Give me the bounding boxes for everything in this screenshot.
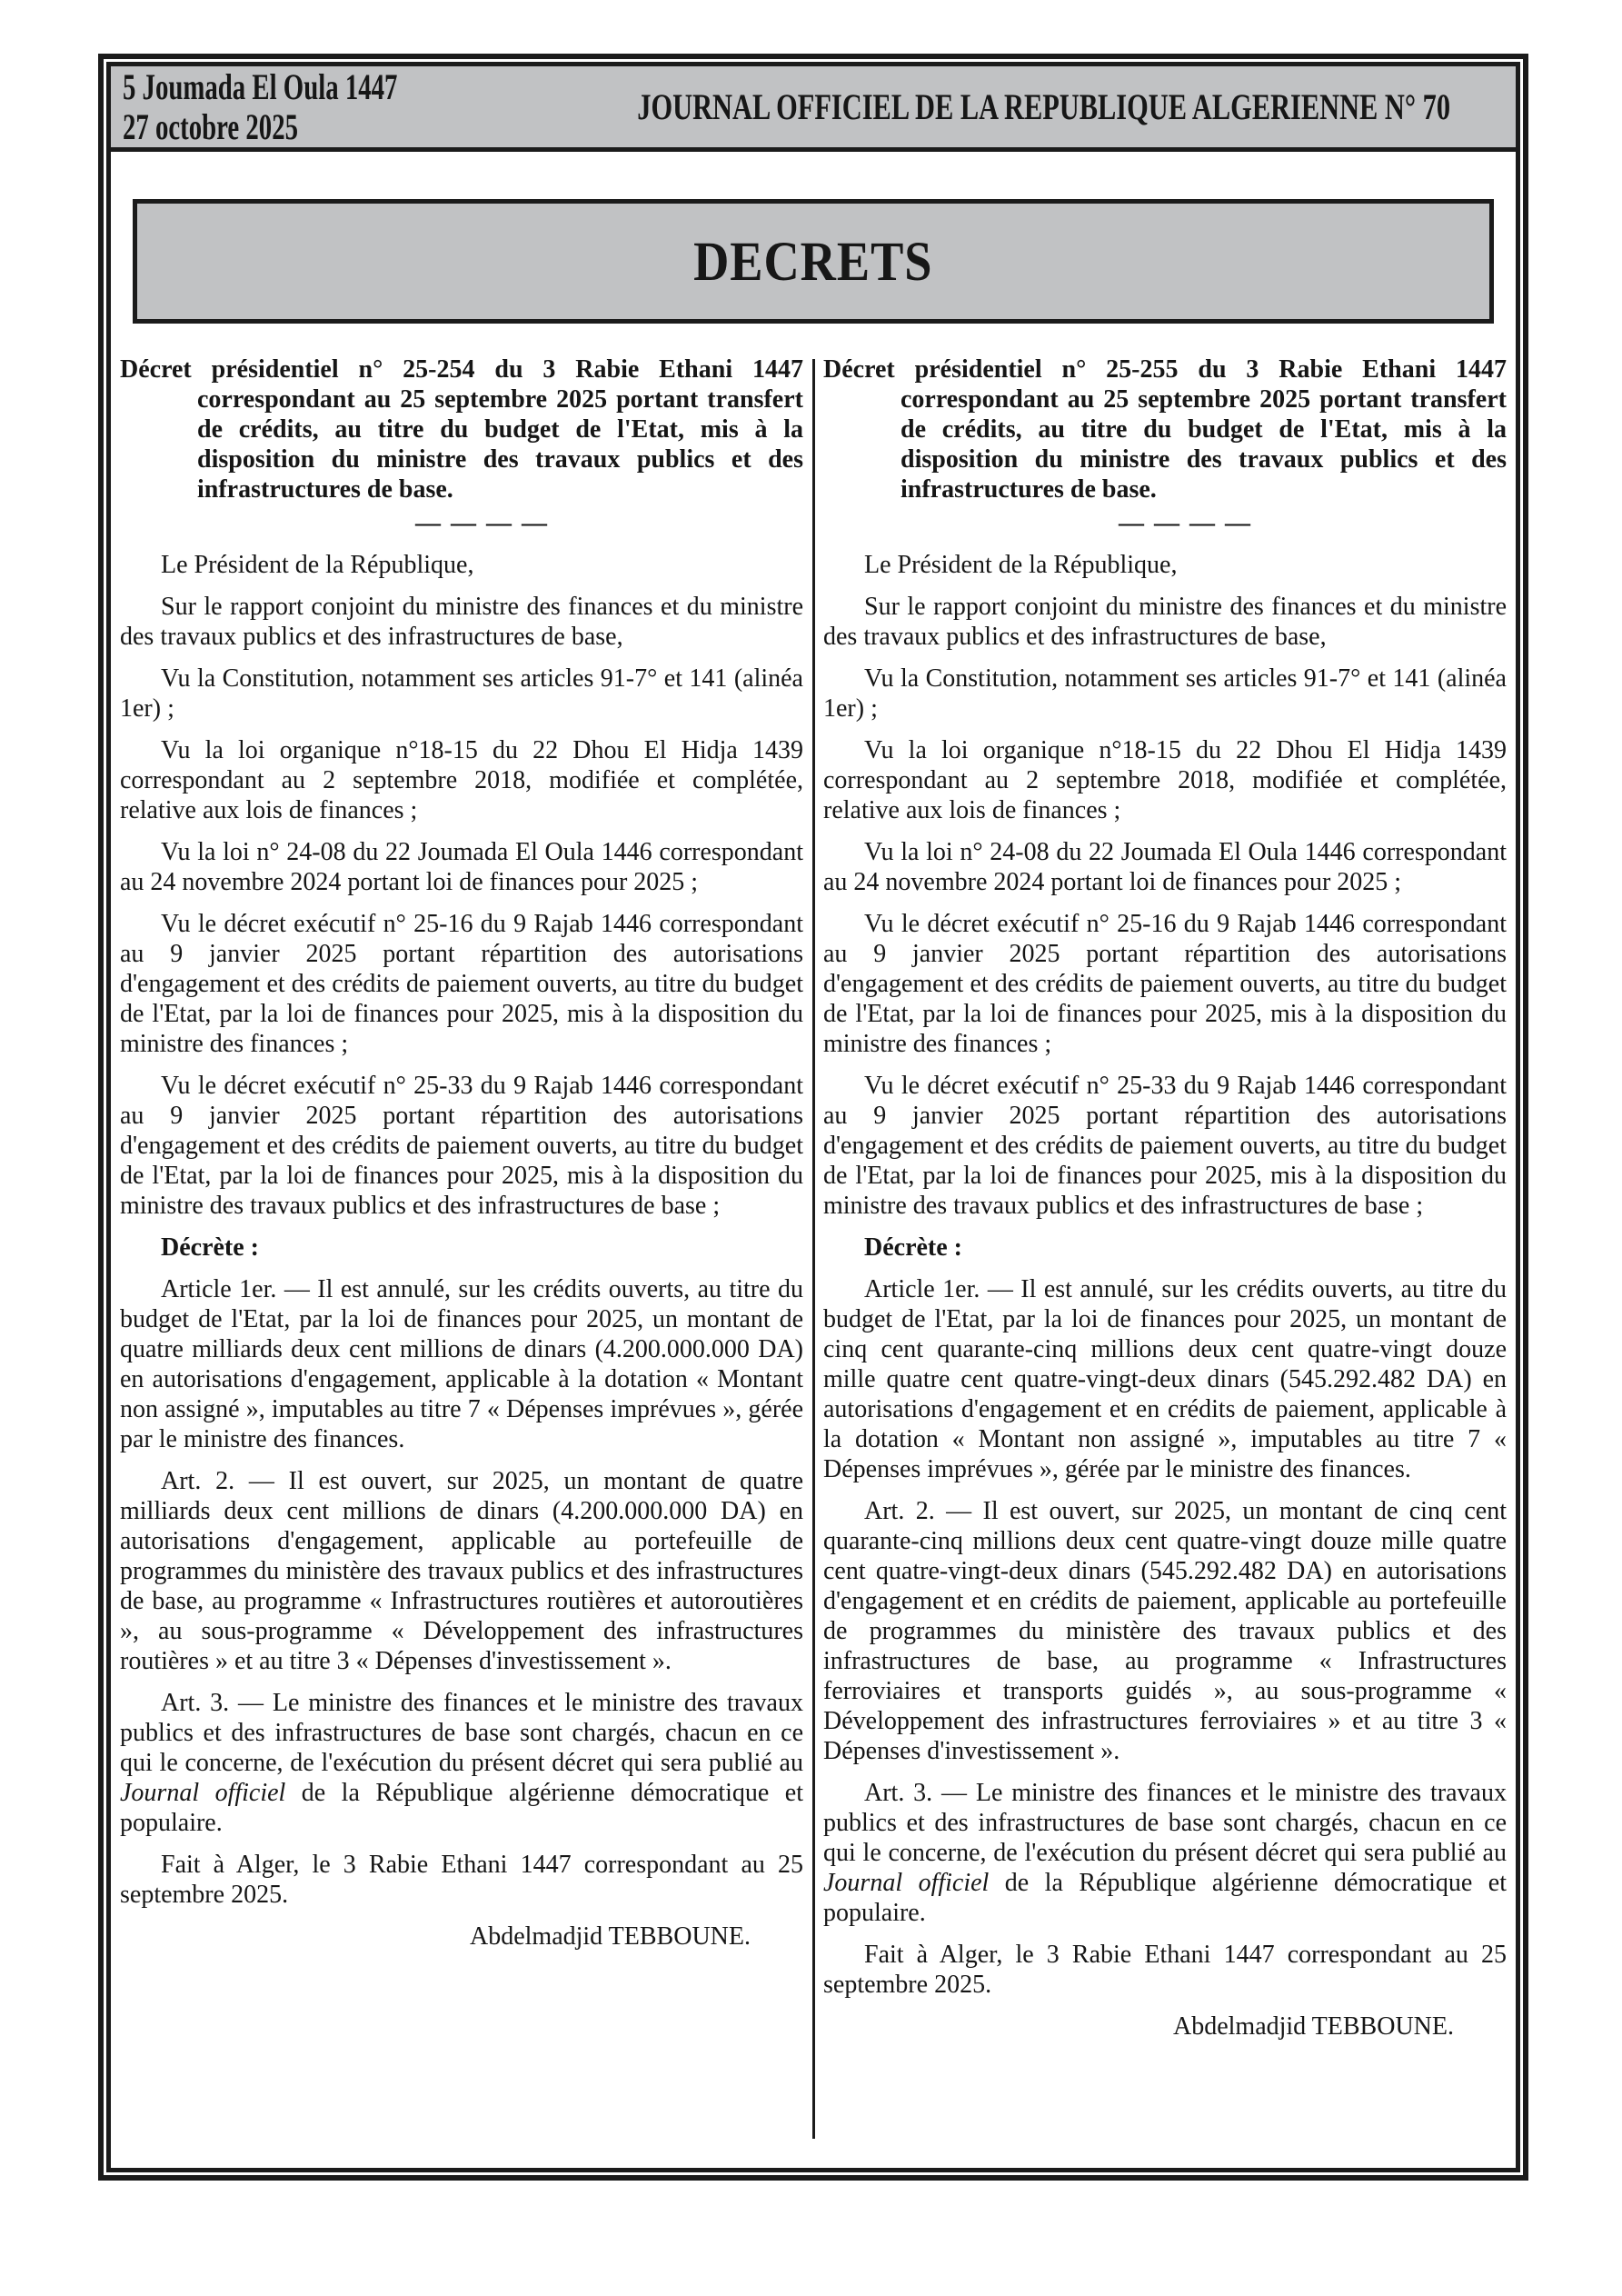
intro-paragraph: Vu le décret exécutif n° 25-16 du 9 Raja… xyxy=(823,909,1507,1059)
intro-paragraph: Vu la loi n° 24-08 du 22 Joumada El Oula… xyxy=(120,837,803,897)
signature: Abdelmadjid TEBBOUNE. xyxy=(120,1922,803,1952)
intro-paragraph: Sur le rapport conjoint du ministre des … xyxy=(120,592,803,652)
decree-title: Décret présidentiel n° 25-255 du 3 Rabie… xyxy=(823,354,1507,504)
intro-paragraph: Vu le décret exécutif n° 25-33 du 9 Raja… xyxy=(823,1071,1507,1221)
title-separator: — — — — xyxy=(120,508,803,538)
gregorian-date: 27 octobre 2025 xyxy=(123,107,397,147)
signature: Abdelmadjid TEBBOUNE. xyxy=(823,2011,1507,2041)
intro-paragraph: Vu la loi organique n°18-15 du 22 Dhou E… xyxy=(120,735,803,825)
date-line: Fait à Alger, le 3 Rabie Ethani 1447 cor… xyxy=(120,1850,803,1910)
intro-paragraph: Vu la loi n° 24-08 du 22 Joumada El Oula… xyxy=(823,837,1507,897)
intro-paragraph: Vu la loi organique n°18-15 du 22 Dhou E… xyxy=(823,735,1507,825)
decrets-banner-title: DECRETS xyxy=(693,229,932,293)
article-2: Art. 2. — Il est ouvert, sur 2025, un mo… xyxy=(823,1496,1507,1766)
title-separator: — — — — xyxy=(823,508,1507,538)
intro-paragraph: Sur le rapport conjoint du ministre des … xyxy=(823,592,1507,652)
article-1: Article 1er. — Il est annulé, sur les cr… xyxy=(120,1274,803,1454)
article-2: Art. 2. — Il est ouvert, sur 2025, un mo… xyxy=(120,1466,803,1676)
page-frame: 5 Joumada El Oula 1447 27 octobre 2025 J… xyxy=(98,54,1528,2181)
intro-paragraph: Le Président de la République, xyxy=(823,550,1507,580)
intro-paragraph: Le Président de la République, xyxy=(120,550,803,580)
decree-column-left: Décret présidentiel n° 25-254 du 3 Rabie… xyxy=(120,354,803,2053)
journal-officiel-italic: Journal officiel xyxy=(823,1869,989,1897)
page-frame-inner: 5 Joumada El Oula 1447 27 octobre 2025 J… xyxy=(106,62,1520,2172)
intro-paragraph: Vu la Constitution, notamment ses articl… xyxy=(823,664,1507,724)
article-1: Article 1er. — Il est annulé, sur les cr… xyxy=(823,1274,1507,1484)
article-3-text: Art. 3. — Le ministre des finances et le… xyxy=(120,1689,803,1777)
article-3-text: Art. 3. — Le ministre des finances et le… xyxy=(823,1779,1507,1867)
article-3: Art. 3. — Le ministre des finances et le… xyxy=(120,1688,803,1838)
journal-title-wrap: JOURNAL OFFICIEL DE LA REPUBLIQUE ALGERI… xyxy=(509,85,1520,128)
intro-paragraph: Vu le décret exécutif n° 25-16 du 9 Raja… xyxy=(120,909,803,1059)
intro-paragraph: Vu la Constitution, notamment ses articl… xyxy=(120,664,803,724)
intro-paragraph: Vu le décret exécutif n° 25-33 du 9 Raja… xyxy=(120,1071,803,1221)
decrete-label: Décrète : xyxy=(120,1233,803,1263)
article-3: Art. 3. — Le ministre des finances et le… xyxy=(823,1778,1507,1928)
column-divider xyxy=(812,359,815,2139)
header-dates: 5 Joumada El Oula 1447 27 octobre 2025 xyxy=(111,67,397,147)
decrete-label: Décrète : xyxy=(823,1233,1507,1263)
journal-title: JOURNAL OFFICIEL DE LA REPUBLIQUE ALGERI… xyxy=(637,85,1450,128)
decree-column-right: Décret présidentiel n° 25-255 du 3 Rabie… xyxy=(823,354,1507,2053)
date-line: Fait à Alger, le 3 Rabie Ethani 1447 cor… xyxy=(823,1940,1507,2000)
journal-header: 5 Joumada El Oula 1447 27 octobre 2025 J… xyxy=(111,66,1516,152)
journal-officiel-italic: Journal officiel xyxy=(120,1779,285,1807)
hijri-date: 5 Joumada El Oula 1447 xyxy=(123,67,397,107)
decrets-banner: DECRETS xyxy=(133,199,1494,324)
decree-title: Décret présidentiel n° 25-254 du 3 Rabie… xyxy=(120,354,803,504)
